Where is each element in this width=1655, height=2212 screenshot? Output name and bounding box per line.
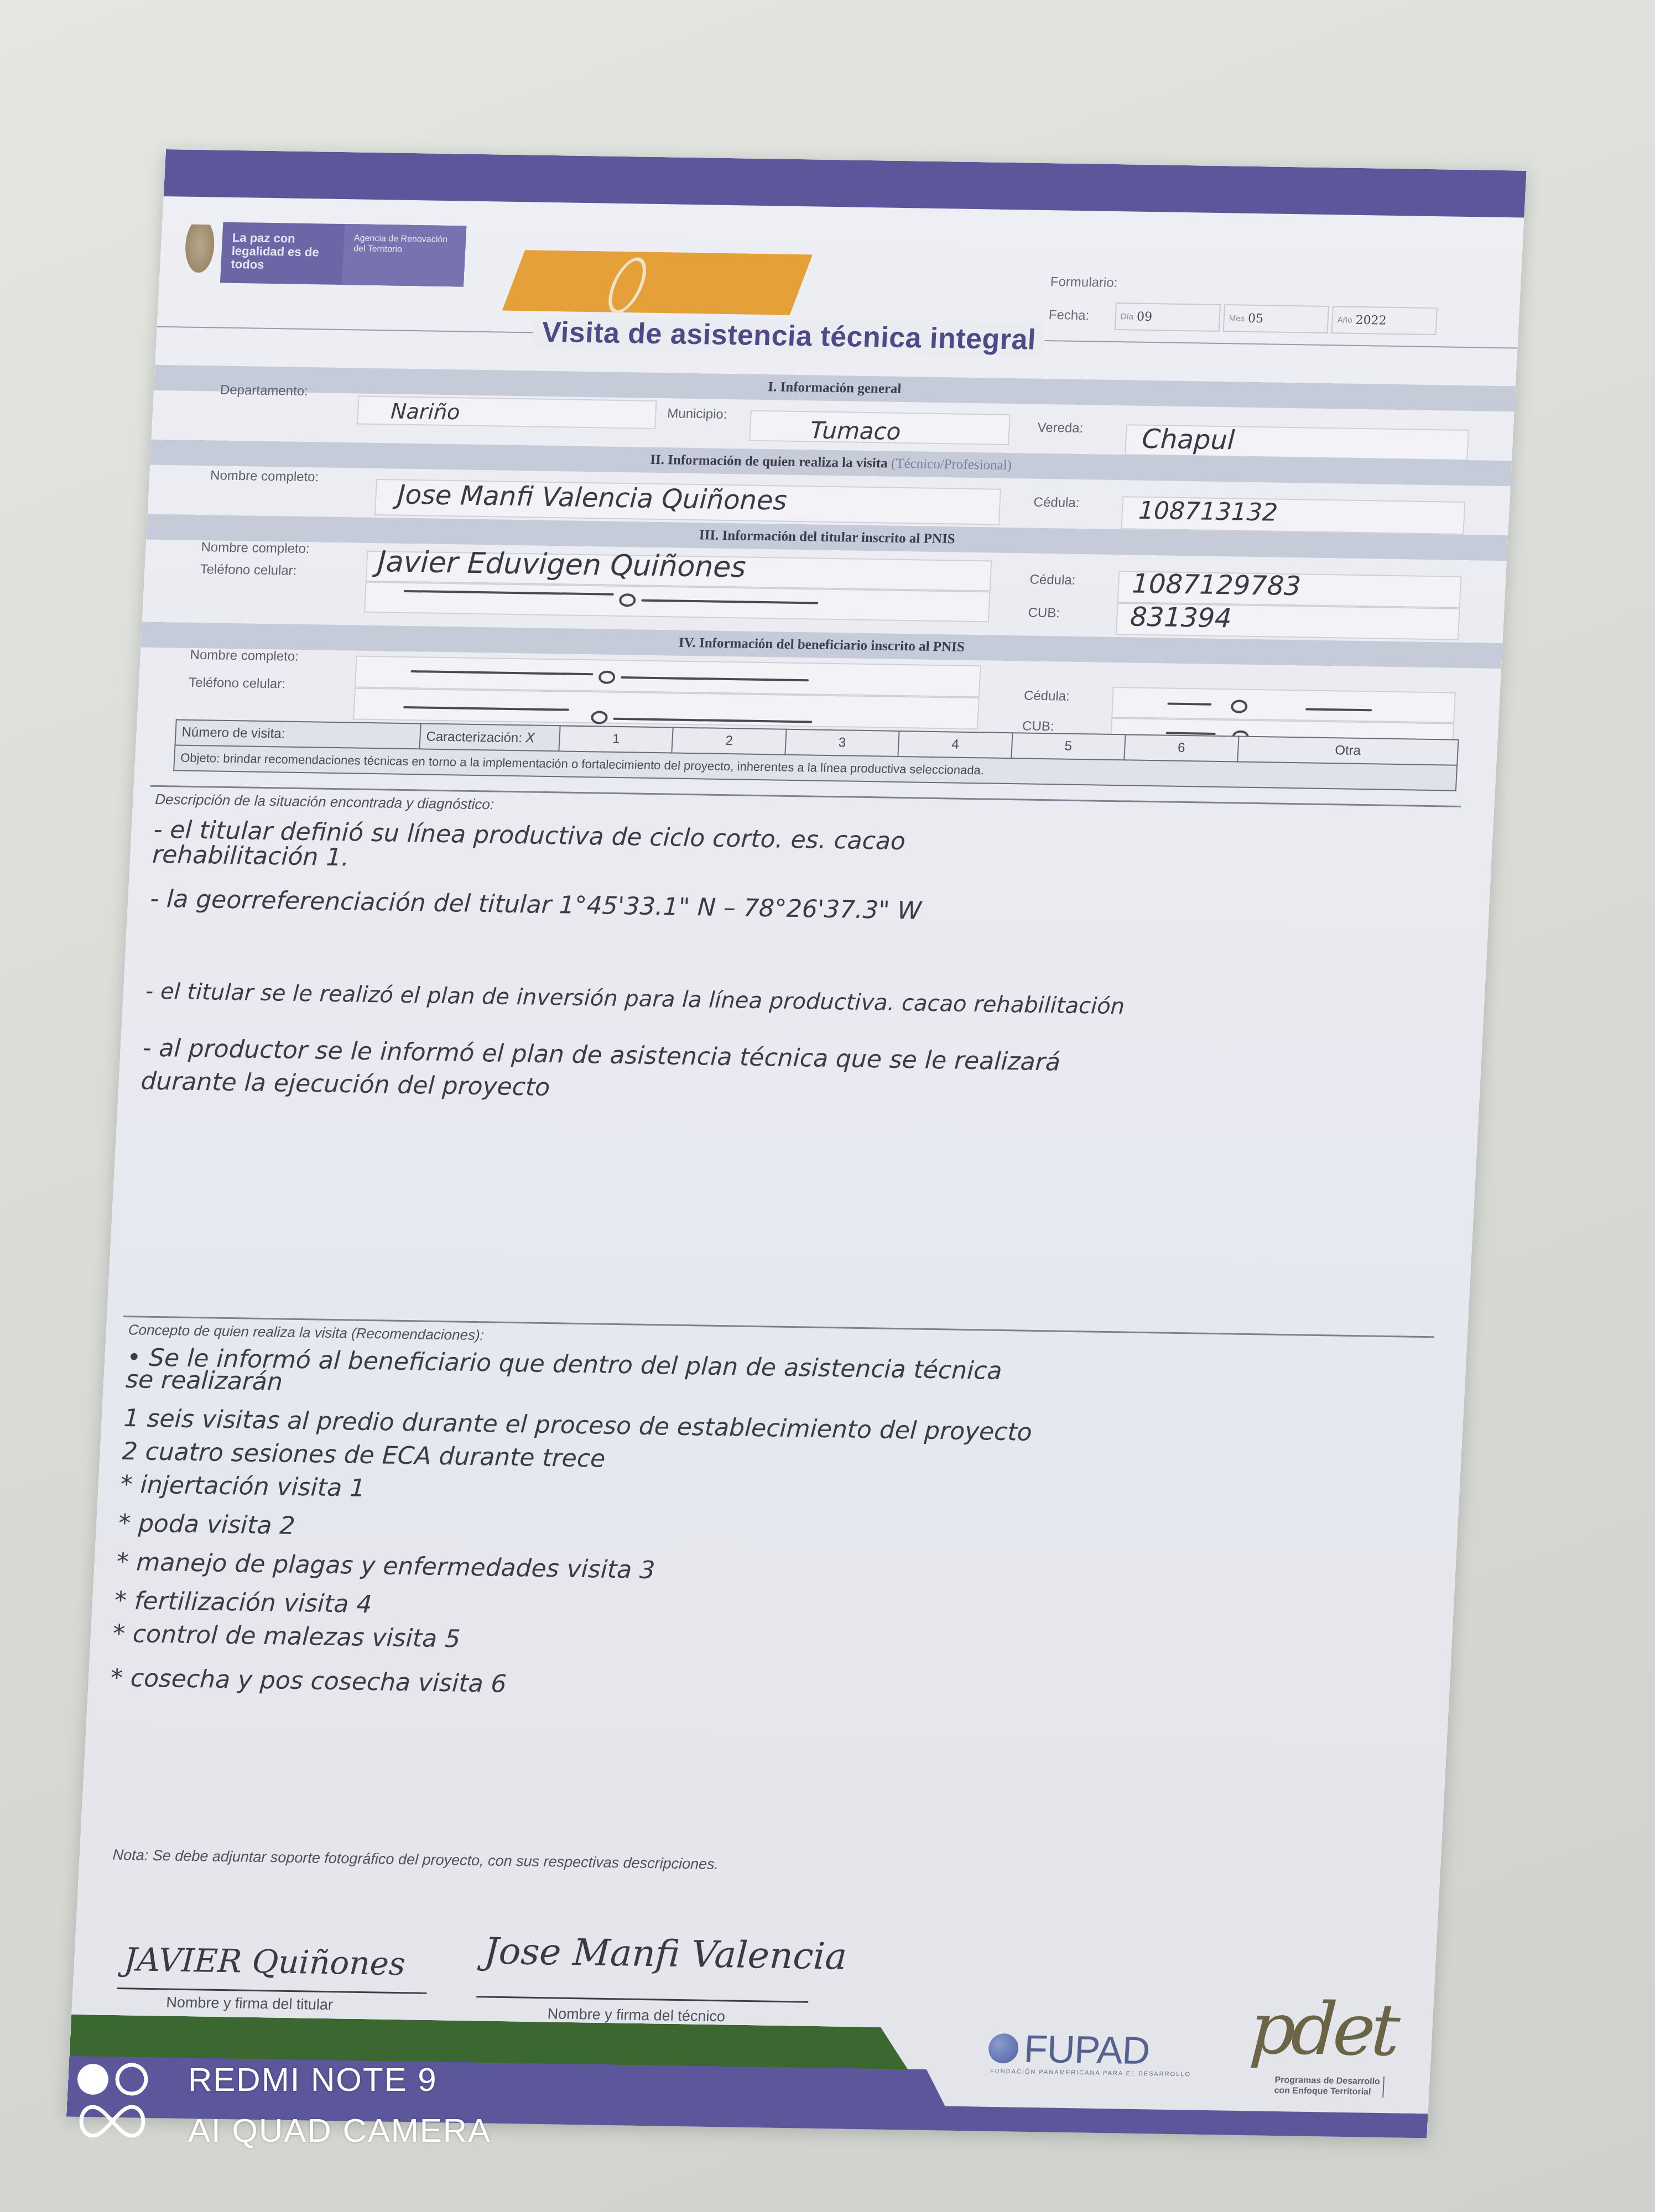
concepto-area[interactable] bbox=[97, 1316, 1434, 1858]
concepto-line-9: * control de malezas visita 5 bbox=[112, 1620, 461, 1653]
beneficiario-nombre-label: Nombre completo: bbox=[190, 648, 299, 665]
dia-label: Día bbox=[1120, 312, 1133, 321]
beneficiario-telefono-label: Teléfono celular: bbox=[188, 675, 285, 692]
page-title: Visita de asistencia técnica integral bbox=[532, 315, 1045, 356]
visit-option-4[interactable]: 4 bbox=[898, 731, 1013, 758]
concepto-line-8: * fertilización visita 4 bbox=[114, 1587, 373, 1619]
tecnico-signature-label: Nombre y firma del técnico bbox=[547, 2005, 726, 2025]
pdet-logo: pdet bbox=[1247, 1986, 1397, 2072]
concepto-line-2: se realizarán bbox=[125, 1365, 283, 1396]
section-2-title: II. Información de quien realiza la visi… bbox=[650, 452, 888, 471]
tecnico-signature: Jose Manfi Valencia bbox=[483, 1929, 848, 1978]
titular-cedula-value: 1087129783 bbox=[1131, 568, 1302, 602]
fupad-wordmark: FUPAD bbox=[1023, 2027, 1151, 2073]
tecnico-nombre-label: Nombre completo: bbox=[210, 468, 319, 485]
program-logo-orange bbox=[502, 250, 813, 315]
descripcion-line-2: rehabilitación 1. bbox=[152, 841, 350, 872]
watermark-line-2: AI QUAD CAMERA bbox=[188, 2105, 491, 2156]
municipio-label: Municipio: bbox=[667, 406, 727, 422]
tecnico-nombre-value: Jose Manfi Valencia Quiñones bbox=[397, 479, 788, 517]
photo-support-note: Nota: Se debe adjuntar soporte fotográfi… bbox=[112, 1846, 719, 1873]
vereda-label: Vereda: bbox=[1037, 420, 1084, 436]
titular-signature: JAVIER Quiñones bbox=[123, 1940, 407, 1983]
form-meta: Formulario: Fecha: Día09 Mes05 Año2022 bbox=[1048, 265, 1493, 338]
caracterizacion-cell[interactable]: Caracterización: X bbox=[419, 723, 560, 751]
titular-nombre-value: Javier Eduvigen Quiñones bbox=[377, 545, 747, 584]
visit-option-otra[interactable]: Otra bbox=[1237, 737, 1459, 765]
caracterizacion-mark: X bbox=[525, 730, 535, 745]
beneficiario-cedula-field[interactable] bbox=[1111, 687, 1456, 723]
anio-label: Año bbox=[1337, 315, 1352, 325]
fupad-subtitle: FUNDACIÓN PANAMERICANA PARA EL DESARROLL… bbox=[990, 2068, 1191, 2078]
pdet-subtitle: Programas de Desarrollo con Enfoque Terr… bbox=[1274, 2075, 1385, 2098]
numero-visita-label: Número de visita: bbox=[175, 719, 420, 749]
dia-value: 09 bbox=[1137, 310, 1153, 324]
tecnico-cedula-label: Cédula: bbox=[1033, 495, 1080, 511]
visit-option-3[interactable]: 3 bbox=[785, 729, 899, 757]
titular-telefono-label: Teléfono celular: bbox=[200, 562, 297, 579]
watermark-line-1: REDMI NOTE 9 bbox=[188, 2054, 491, 2105]
departamento-label: Departamento: bbox=[220, 383, 308, 399]
government-logo: La paz con legalidad es de todos Agencia… bbox=[220, 222, 467, 287]
fecha-dia-field[interactable]: Día09 bbox=[1115, 302, 1221, 332]
visit-option-6[interactable]: 6 bbox=[1124, 734, 1238, 761]
municipio-value: Tumaco bbox=[810, 416, 902, 445]
visit-option-2[interactable]: 2 bbox=[672, 728, 787, 755]
agency-logo-text: Agencia de Renovación del Territorio bbox=[342, 224, 467, 286]
camera-watermark: REDMI NOTE 9 AI QUAD CAMERA bbox=[188, 2054, 491, 2156]
mes-value: 05 bbox=[1248, 311, 1264, 325]
tecnico-cedula-value: 108713132 bbox=[1138, 497, 1279, 527]
titular-signature-line bbox=[117, 1987, 427, 1994]
form-sheet: La paz con legalidad es de todos Agencia… bbox=[66, 149, 1527, 2138]
titular-cub-value: 831394 bbox=[1130, 602, 1232, 634]
titular-cedula-label: Cédula: bbox=[1029, 572, 1076, 588]
beneficiario-cedula-label: Cédula: bbox=[1023, 688, 1070, 704]
section-2-note: (Técnico/Profesional) bbox=[891, 456, 1012, 473]
anio-value: 2022 bbox=[1355, 313, 1387, 327]
formulario-label: Formulario: bbox=[1050, 274, 1117, 291]
knot-icon bbox=[601, 257, 653, 314]
fupad-logo: FUPAD bbox=[987, 2026, 1151, 2073]
tecnico-signature-line bbox=[476, 1996, 808, 2002]
pdet-subtitle-line-2: con Enfoque Territorial bbox=[1274, 2085, 1380, 2098]
caracterizacion-label: Caracterización: bbox=[426, 729, 523, 745]
visit-option-5[interactable]: 5 bbox=[1011, 733, 1126, 760]
top-purple-band bbox=[164, 149, 1527, 218]
titular-nombre-label: Nombre completo: bbox=[201, 540, 310, 557]
fecha-label: Fecha: bbox=[1048, 307, 1115, 324]
gov-logo-text: La paz con legalidad es de todos bbox=[220, 222, 345, 285]
globe-icon bbox=[988, 2033, 1019, 2064]
colombia-coat-of-arms-icon bbox=[181, 225, 217, 278]
concepto-line-6: * poda visita 2 bbox=[118, 1509, 296, 1540]
redmi-camera-icon bbox=[72, 2058, 155, 2141]
vereda-value: Chapul bbox=[1141, 424, 1235, 456]
titular-cub-label: CUB: bbox=[1028, 606, 1060, 622]
departamento-value: Nariño bbox=[390, 399, 460, 424]
visit-option-1[interactable]: 1 bbox=[559, 726, 673, 753]
concepto-line-5: * injertación visita 1 bbox=[119, 1470, 366, 1503]
fecha-anio-field[interactable]: Año2022 bbox=[1331, 306, 1438, 335]
mes-label: Mes bbox=[1229, 314, 1245, 323]
titular-signature-label: Nombre y firma del titular bbox=[166, 1994, 334, 2013]
fecha-mes-field[interactable]: Mes05 bbox=[1223, 304, 1330, 333]
